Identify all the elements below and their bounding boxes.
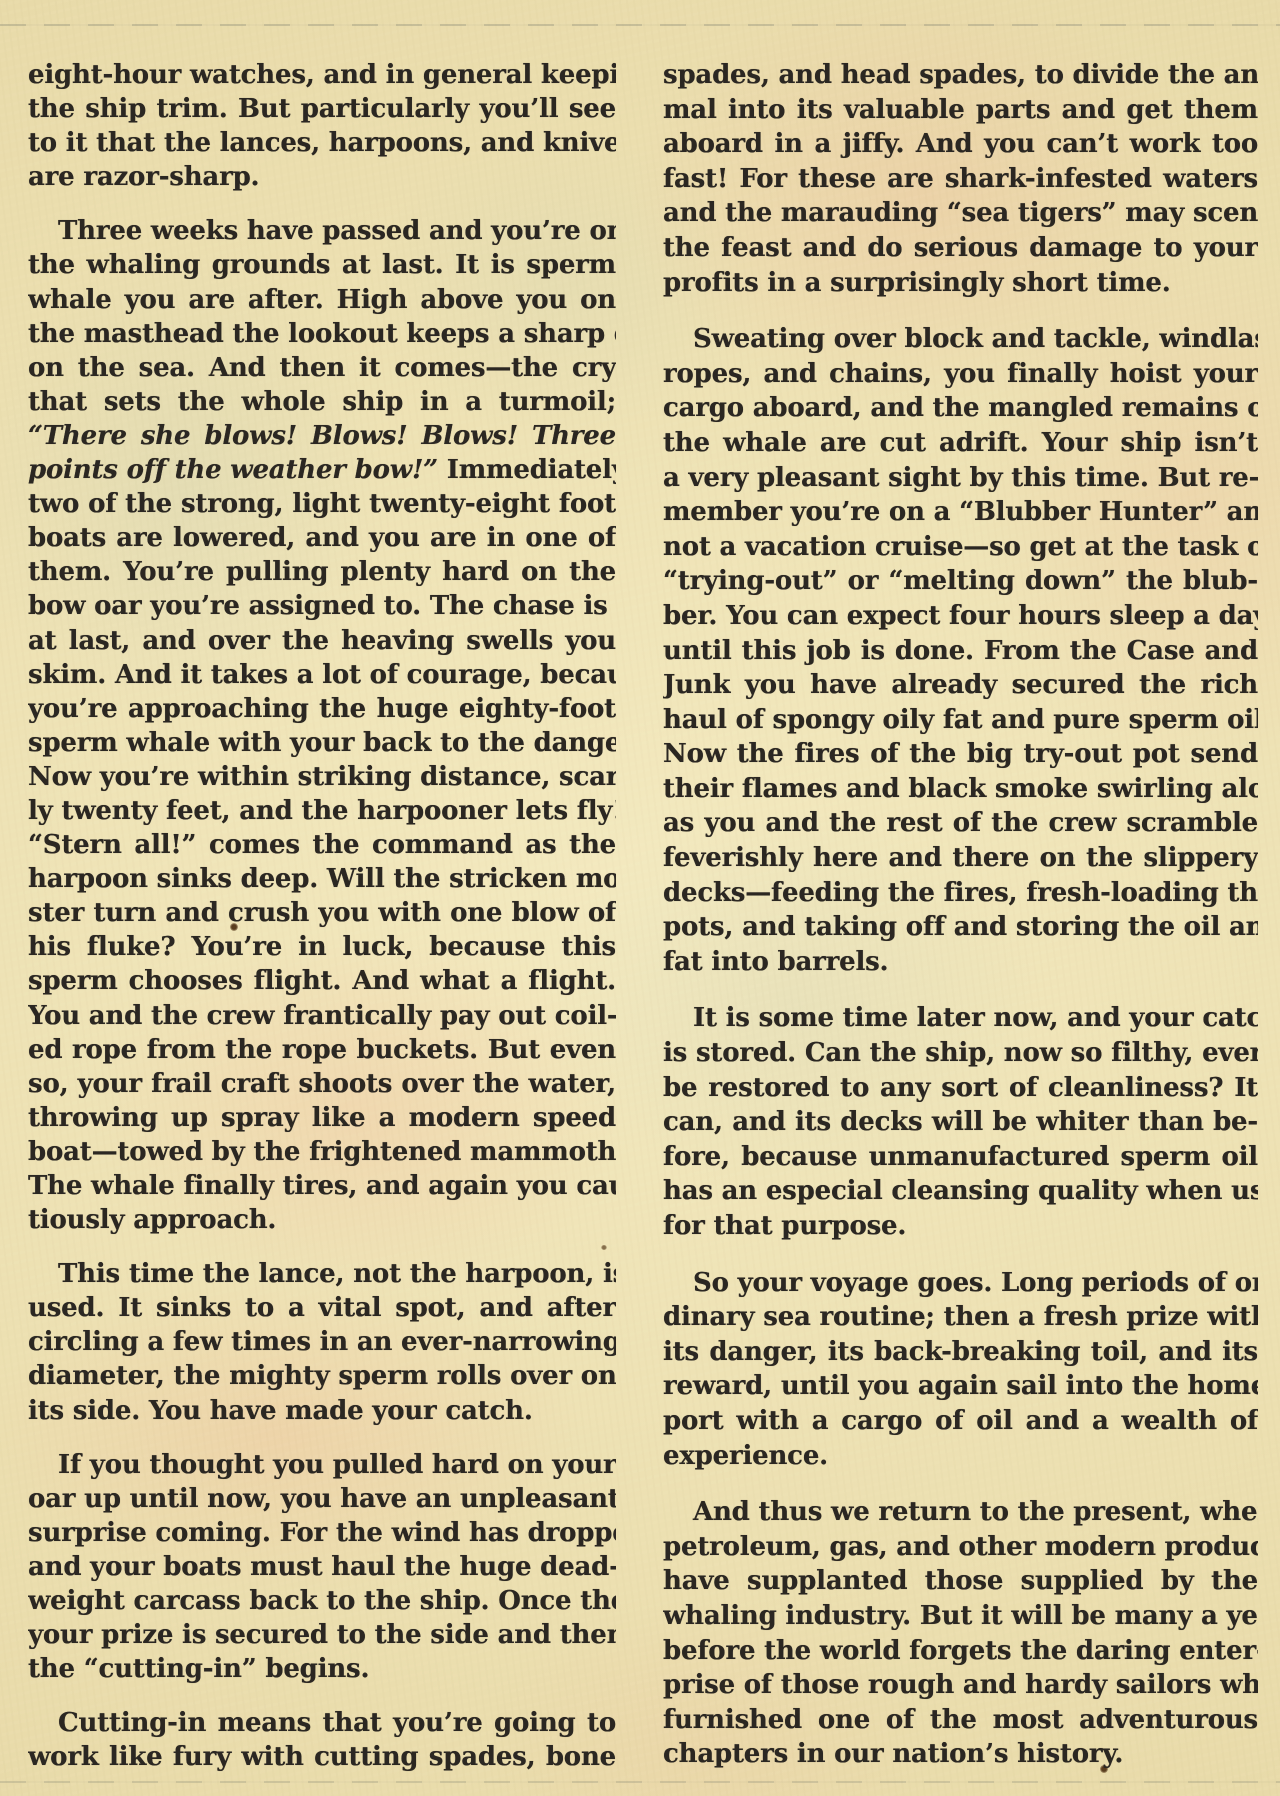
text-line: fast! For these are shark-infested water… [663,162,1258,197]
text-line: This time the lance, not the harpoon, is [28,1257,616,1291]
text-line: throwing up spray like a modern speed [28,1101,616,1135]
text-line: the ship trim. But particularly you’ll s… [28,92,616,126]
text-line: until this job is done. From the Case an… [663,634,1258,669]
text-line: furnished one of the most adventurous [663,1703,1258,1738]
text-line: the “cutting-in” begins. [28,1652,616,1686]
paragraph: Cutting-in means that you’re going towor… [28,1706,616,1774]
text-line: boats are lowered, and you are in one of [28,521,616,555]
text-line: ropes, and chains, you finally hoist you… [663,357,1258,392]
text-line: and the marauding “sea tigers” may scent [663,196,1258,231]
text-line: aboard in a jiffy. And you can’t work to… [663,127,1258,162]
text-line: his fluke? You’re in luck, because this [28,930,616,964]
text-line: the masthead the lookout keeps a sharp e… [28,317,616,351]
text-line: whaling industry. But it will be many a … [663,1599,1258,1634]
text-line: skim. And it takes a lot of courage, bec… [28,658,616,692]
text-line: The whale finally tires, and again you c… [28,1169,616,1203]
text-line: oar up until now, you have an unpleasant [28,1482,616,1516]
paragraph: This time the lance, not the harpoon, is… [28,1257,616,1427]
text-line: eight-hour watches, and in general keepi… [28,58,616,92]
paragraph: Three weeks have passed and you’re onthe… [28,214,616,1237]
text-segment: Immediately, [438,455,616,485]
paragraph: So your voyage goes. Long periods of or-… [663,1266,1258,1474]
scuff-line-bottom [0,1781,1280,1783]
text-line: as you and the rest of the crew scramble [663,806,1258,841]
paragraph: If you thought you pulled hard on youroa… [28,1448,616,1687]
text-line: Now the fires of the big try-out pot sen… [663,737,1258,772]
text-line: So your voyage goes. Long periods of or- [663,1266,1258,1301]
text-line: before the world forgets the daring ente… [663,1634,1258,1669]
paragraph: It is some time later now, and your catc… [663,1001,1258,1243]
text-line: Sweating over block and tackle, windlass… [663,322,1258,357]
text-line: sperm chooses flight. And what a flight. [28,964,616,998]
text-line: decks—feeding the fires, fresh-loading t… [663,876,1258,911]
italic-text-segment: points off the weather bow!” [28,455,438,485]
text-line: chapters in our nation’s history. [663,1737,1258,1772]
text-line: “Stern all!” comes the command as the [28,828,616,862]
text-line: diameter, the mighty sperm rolls over on [28,1359,616,1393]
text-line: are razor-sharp. [28,160,616,194]
paragraph: eight-hour watches, and in general keepi… [28,58,616,194]
italic-text-segment: “There she blows! Blows! Blows! Three [28,421,616,451]
text-line: tiously approach. [28,1203,616,1237]
text-line: feverishly here and there on the slipper… [663,841,1258,876]
paragraph: Sweating over block and tackle, windlass… [663,322,1258,979]
text-line: weight carcass back to the ship. Once th… [28,1584,616,1618]
text-line: prise of those rough and hardy sailors w… [663,1668,1258,1703]
text-line: experience. [663,1439,1258,1474]
text-line: And thus we return to the present, where [663,1495,1258,1530]
scuff-line-top [0,24,1280,26]
text-line: their flames and black smoke swirling al… [663,772,1258,807]
paragraph: And thus we return to the present, where… [663,1495,1258,1772]
text-line: port with a cargo of oil and a wealth of [663,1404,1258,1439]
text-line: fore, because unmanufactured sperm oil [663,1140,1258,1175]
text-line: you’re approaching the huge eighty-foot [28,692,616,726]
text-line: bow oar you’re assigned to. The chase is… [28,589,616,623]
text-line: that sets the whole ship in a turmoil; [28,385,616,419]
text-line: the feast and do serious damage to your [663,231,1258,266]
text-line: cargo aboard, and the mangled remains of [663,391,1258,426]
text-line: It is some time later now, and your catc… [663,1001,1258,1036]
text-line: circling a few times in an ever-narrowin… [28,1325,616,1359]
text-line: profits in a surprisingly short time. [663,266,1258,301]
text-line: the whale are cut adrift. Your ship isn’… [663,426,1258,461]
text-line: have supplanted those supplied by the [663,1564,1258,1599]
text-line: its side. You have made your catch. [28,1394,616,1428]
text-line: “There she blows! Blows! Blows! Three [28,419,616,453]
text-line: them. You’re pulling plenty hard on the [28,555,616,589]
text-line: on the sea. And then it comes—the cry [28,351,616,385]
text-line: “trying-out” or “melting down” the blub- [663,564,1258,599]
text-line: a very pleasant sight by this time. But … [663,461,1258,496]
text-line: surprise coming. For the wind has droppe… [28,1516,616,1550]
text-line: haul of spongy oily fat and pure sperm o… [663,703,1258,738]
text-line: ly twenty feet, and the harpooner lets f… [28,794,616,828]
text-line: used. It sinks to a vital spot, and afte… [28,1291,616,1325]
text-line: Three weeks have passed and you’re on [28,214,616,248]
text-line: for that purpose. [663,1209,1258,1244]
text-line: boat—towed by the frightened mammoth. [28,1135,616,1169]
text-line: member you’re on a “Blubber Hunter” and [663,495,1258,530]
text-line: not a vacation cruise—so get at the task… [663,530,1258,565]
text-line: fat into barrels. [663,945,1258,980]
text-line: and your boats must haul the huge dead- [28,1550,616,1584]
text-line: be restored to any sort of cleanliness? … [663,1071,1258,1106]
text-line: You and the crew frantically pay out coi… [28,999,616,1033]
text-column-right: spades, and head spades, to divide the a… [663,58,1258,1772]
text-line: dinary sea routine; then a fresh prize w… [663,1300,1258,1335]
text-line: ed rope from the rope buckets. But even [28,1033,616,1067]
text-line: at last, and over the heaving swells you [28,624,616,658]
text-line: so, your frail craft shoots over the wat… [28,1067,616,1101]
text-line: spades, and head spades, to divide the a… [663,58,1258,93]
text-line: can, and its decks will be whiter than b… [663,1105,1258,1140]
text-line: sperm whale with your back to the danger… [28,726,616,760]
text-line: the whaling grounds at last. It is sperm [28,248,616,282]
text-line: mal into its valuable parts and get them [663,93,1258,128]
paragraph: spades, and head spades, to divide the a… [663,58,1258,300]
text-line: harpoon sinks deep. Will the stricken mo… [28,862,616,896]
text-line: whale you are after. High above you on [28,283,616,317]
text-line: pots, and taking off and storing the oil… [663,910,1258,945]
text-line: your prize is secured to the side and th… [28,1618,616,1652]
text-line: points off the weather bow!” Immediately… [28,453,616,487]
text-line: Junk you have already secured the rich [663,668,1258,703]
text-column-left: eight-hour watches, and in general keepi… [28,58,616,1775]
text-line: If you thought you pulled hard on your [28,1448,616,1482]
text-line: ber. You can expect four hours sleep a d… [663,599,1258,634]
text-line: to it that the lances, harpoons, and kni… [28,126,616,160]
text-line: reward, until you again sail into the ho… [663,1369,1258,1404]
text-line: is stored. Can the ship, now so filthy, … [663,1036,1258,1071]
text-line: two of the strong, light twenty-eight fo… [28,487,616,521]
text-line: Cutting-in means that you’re going to [28,1706,616,1740]
text-line: work like fury with cutting spades, bone [28,1740,616,1774]
text-line: its danger, its back-breaking toil, and … [663,1335,1258,1370]
text-line: has an especial cleansing quality when u… [663,1174,1258,1209]
text-line: Now you’re within striking distance, sca… [28,760,616,794]
text-line: petroleum, gas, and other modern product… [663,1530,1258,1565]
text-line: ster turn and crush you with one blow of [28,896,616,930]
